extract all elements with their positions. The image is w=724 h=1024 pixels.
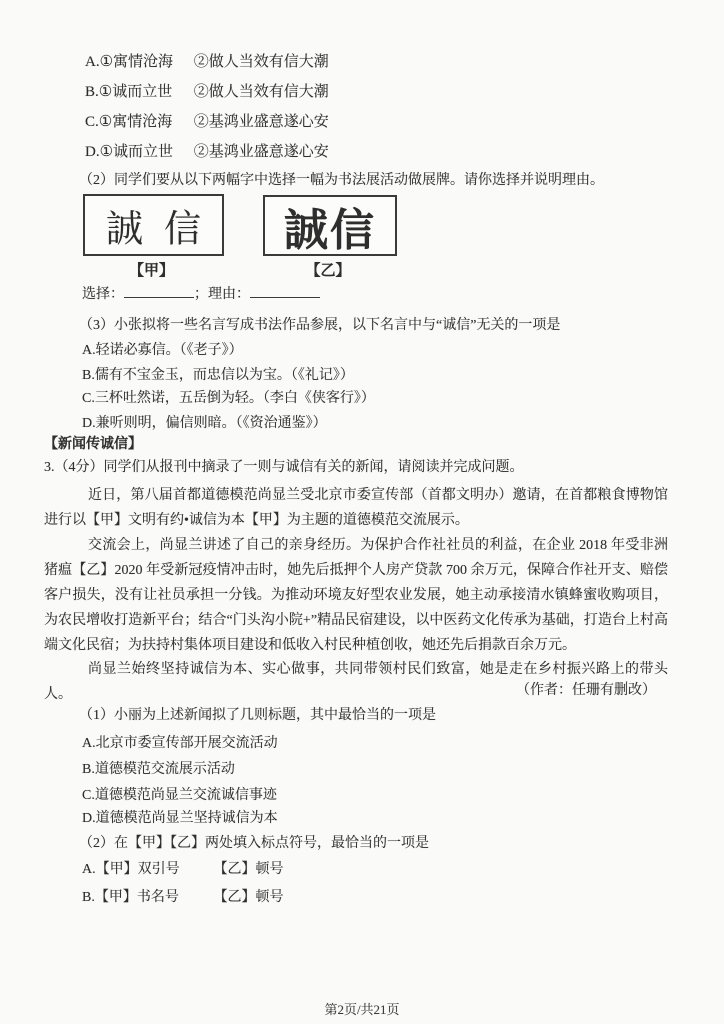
option-row: D.兼听则明，偏信则暗。（《资治通鉴》） bbox=[82, 414, 327, 434]
answer-line: 选择：；理由： bbox=[82, 283, 320, 305]
news-paragraph: 交流会上，尚显兰讲述了自己的亲身经历。为保护合作社社员的利益，在企业 2018 … bbox=[44, 533, 668, 658]
page-number: 第2页/共21页 bbox=[0, 999, 724, 1018]
select-blank bbox=[124, 283, 194, 298]
calligraphy-box-jia: 誠 信 bbox=[83, 194, 224, 256]
section-header: 【新闻传诚信】 bbox=[44, 435, 142, 455]
option-row: A.①寓情沧海 ②做人当效有信大潮 bbox=[85, 52, 329, 72]
exam-page: A.①寓情沧海 ②做人当效有信大潮 B.①诚而立世 ②做人当效有信大潮 C.①寓… bbox=[0, 0, 724, 1024]
seal-script-char: 信 bbox=[164, 197, 201, 252]
seal-script-char: 誠 bbox=[106, 197, 143, 252]
option-row: B.道德模范交流展示活动 bbox=[82, 760, 235, 780]
question-prompt: （3）小张拟将一些名言写成书法作品参展，以下名言中与“诚信”无关的一项是 bbox=[79, 316, 560, 336]
question-prompt: （1）小丽为上述新闻拟了几则标题，其中最恰当的一项是 bbox=[79, 706, 436, 726]
select-label: 选择： bbox=[82, 287, 124, 302]
reason-blank bbox=[250, 283, 320, 298]
option-row: D.道德模范尚显兰坚持诚信为本 bbox=[82, 809, 278, 829]
option-row: C.三杯吐然诺，五岳倒为轻。（李白《侠客行》） bbox=[82, 389, 375, 409]
option-text: ②做人当效有信大潮 bbox=[194, 54, 329, 70]
option-label: B.①诚而立世 bbox=[85, 82, 190, 102]
option-row: D.①诚而立世 ②基鸿业盛意遂心安 bbox=[85, 142, 329, 162]
calligraphy-box-yi: 誠信 bbox=[263, 195, 397, 256]
news-paragraph: 近日，第八届首都道德模范尚显兰受北京市委宣传部（首都文明办）邀请，在首都粮食博物… bbox=[44, 483, 668, 533]
option-row: A.北京市委宣传部开展交流活动 bbox=[82, 734, 278, 754]
question-prompt: （2）同学们要从以下两幅字中选择一幅为书法展活动做展牌。请你选择并说明理由。 bbox=[79, 171, 604, 191]
option-part-yi: 【乙】顿号 bbox=[214, 862, 284, 877]
option-part-jia: A.【甲】双引号 bbox=[82, 860, 210, 880]
option-row: B.儒有不宝金玉，而忠信以为宝。（《礼记》） bbox=[82, 366, 354, 386]
regular-script-text: 誠信 bbox=[284, 194, 376, 258]
news-byline: （作者：任珊有删改） bbox=[44, 681, 656, 701]
option-row: B.【甲】书名号 【乙】顿号 bbox=[82, 888, 284, 908]
option-row: C.道德模范尚显兰交流诚信事迹 bbox=[82, 786, 277, 806]
option-row: A.【甲】双引号 【乙】顿号 bbox=[82, 860, 284, 880]
calligraphy-label-jia: 【甲】 bbox=[83, 259, 220, 280]
option-label: D.①诚而立世 bbox=[85, 142, 190, 162]
option-row: C.①寓情沧海 ②基鸿业盛意遂心安 bbox=[85, 112, 329, 132]
option-part-jia: B.【甲】书名号 bbox=[82, 888, 210, 908]
option-text: ②基鸿业盛意遂心安 bbox=[194, 114, 329, 130]
option-text: ②做人当效有信大潮 bbox=[194, 84, 329, 100]
option-row: B.①诚而立世 ②做人当效有信大潮 bbox=[85, 82, 329, 102]
reason-label: ；理由： bbox=[194, 287, 250, 302]
calligraphy-label-yi: 【乙】 bbox=[263, 259, 393, 280]
option-text: ②基鸿业盛意遂心安 bbox=[194, 144, 329, 160]
option-label: C.①寓情沧海 bbox=[85, 112, 190, 132]
question-prompt: （2）在【甲】【乙】两处填入标点符号，最恰当的一项是 bbox=[79, 834, 429, 854]
option-part-yi: 【乙】顿号 bbox=[214, 890, 284, 905]
option-label: A.①寓情沧海 bbox=[85, 52, 190, 72]
question-stem: 3.（4分）同学们从报刊中摘录了一则与诚信有关的新闻，请阅读并完成问题。 bbox=[44, 458, 524, 478]
option-row: A.轻诺必寡信。（《老子》） bbox=[82, 341, 243, 361]
